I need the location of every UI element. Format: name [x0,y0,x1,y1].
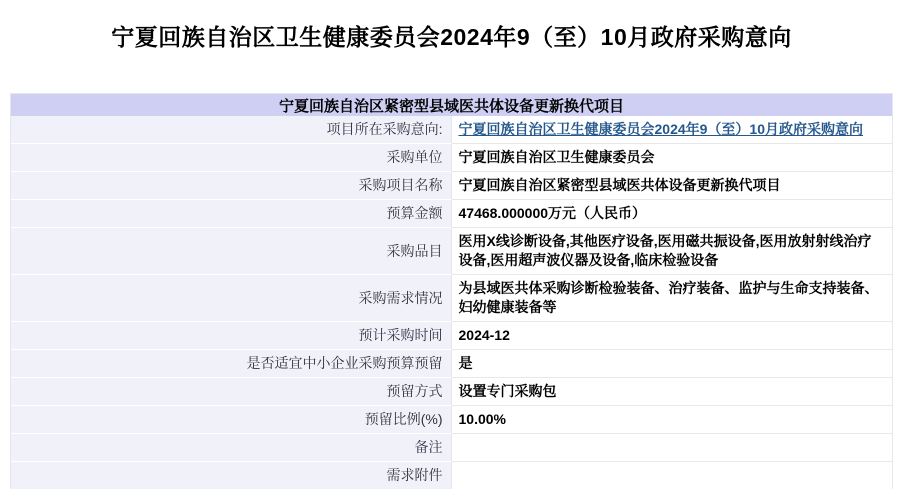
page-title: 宁夏回族自治区卫生健康委员会2024年9（至）10月政府采购意向 [10,19,893,52]
project-title-header: 宁夏回族自治区紧密型县域医共体设备更新换代项目 [11,94,892,116]
procurement-intent-link[interactable]: 宁夏回族自治区卫生健康委员会2024年9（至）10月政府采购意向 [459,121,864,137]
row-label: 采购项目名称 [11,172,452,200]
row-value: 47468.000000万元（人民币） [452,200,893,228]
row-value: 2024-12 [452,322,893,350]
table-row: 预留比例(%)10.00% [11,406,892,434]
table-row: 预算金额47468.000000万元（人民币） [11,200,892,228]
row-value: 医用X线诊断设备,其他医疗设备,医用磁共振设备,医用放射射线治疗设备,医用超声波… [452,228,893,275]
row-label: 采购需求情况 [11,275,452,322]
table-row: 采购单位宁夏回族自治区卫生健康委员会 [11,144,892,172]
row-label: 是否适宜中小企业采购预算预留 [11,350,452,378]
table-body: 项目所在采购意向:宁夏回族自治区卫生健康委员会2024年9（至）10月政府采购意… [11,116,892,489]
row-value: 宁夏回族自治区紧密型县域医共体设备更新换代项目 [452,172,893,200]
table-row: 采购项目名称宁夏回族自治区紧密型县域医共体设备更新换代项目 [11,172,892,200]
row-value: 10.00% [452,406,893,434]
table-row: 采购品目医用X线诊断设备,其他医疗设备,医用磁共振设备,医用放射射线治疗设备,医… [11,228,892,275]
table-row: 采购需求情况为县域医共体采购诊断检验装备、治疗装备、监护与生命支持装备、妇幼健康… [11,275,892,322]
table-row: 是否适宜中小企业采购预算预留是 [11,350,892,378]
row-label: 采购单位 [11,144,452,172]
table-row: 需求附件 [11,462,892,489]
table-row: 预计采购时间2024-12 [11,322,892,350]
procurement-detail-table: 宁夏回族自治区紧密型县域医共体设备更新换代项目 项目所在采购意向:宁夏回族自治区… [10,93,893,489]
row-label: 备注 [11,434,452,462]
row-label: 预留比例(%) [11,406,452,434]
row-value [452,434,893,462]
row-value: 设置专门采购包 [452,378,893,406]
row-label: 预算金额 [11,200,452,228]
row-label: 项目所在采购意向: [11,116,452,144]
row-label: 需求附件 [11,462,452,489]
table-row: 备注 [11,434,892,462]
row-label: 预计采购时间 [11,322,452,350]
row-value [452,462,893,489]
table-row: 项目所在采购意向:宁夏回族自治区卫生健康委员会2024年9（至）10月政府采购意… [11,116,892,144]
row-label: 预留方式 [11,378,452,406]
row-value: 宁夏回族自治区卫生健康委员会 [452,144,893,172]
row-value: 宁夏回族自治区卫生健康委员会2024年9（至）10月政府采购意向 [452,116,893,144]
table-header-row: 宁夏回族自治区紧密型县域医共体设备更新换代项目 [11,94,892,116]
row-value: 为县域医共体采购诊断检验装备、治疗装备、监护与生命支持装备、妇幼健康装备等 [452,275,893,322]
row-value: 是 [452,350,893,378]
row-label: 采购品目 [11,228,452,275]
table-row: 预留方式设置专门采购包 [11,378,892,406]
